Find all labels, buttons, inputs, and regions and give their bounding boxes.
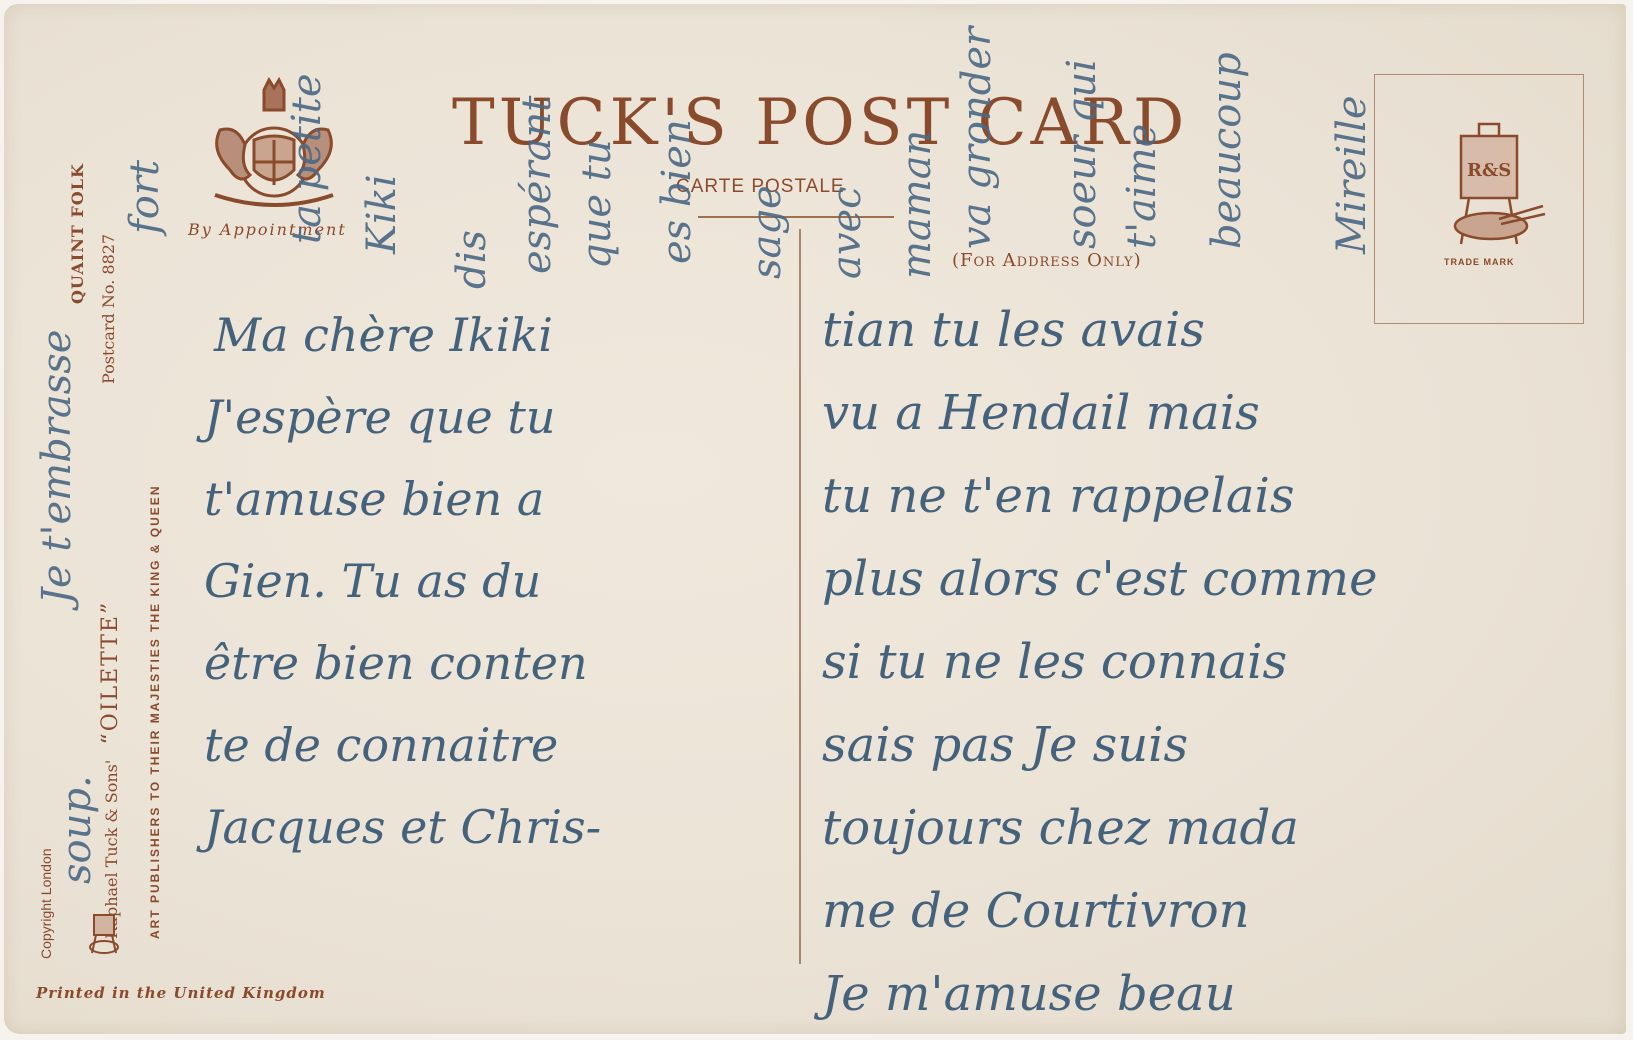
- margin-note: Kiki: [359, 174, 405, 254]
- margin-note: dis: [449, 230, 495, 289]
- message-line: J'espère que tu: [204, 376, 601, 458]
- svg-text:R&S: R&S: [1467, 160, 1511, 181]
- margin-note: ta petite: [284, 73, 330, 244]
- margin-note: sage: [744, 185, 790, 279]
- message-line: si tu ne les connais: [822, 621, 1377, 704]
- message-left: Ma chère Ikiki J'espère que tu t'amuse b…: [204, 294, 601, 868]
- margin-note: que tu: [574, 139, 620, 269]
- easel-palette-trademark-icon: R&S: [1439, 114, 1549, 264]
- margin-note: avec: [824, 186, 870, 279]
- message-line: Ma chère Ikiki: [204, 294, 601, 376]
- message-line: te de connaitre: [204, 704, 601, 786]
- message-line: tu ne t'en rappelais: [822, 455, 1377, 538]
- art-publishers-line: ART PUBLISHERS TO THEIR MAJESTIES THE KI…: [148, 485, 162, 939]
- message-line: sais pas Je suis: [822, 704, 1377, 787]
- printed-in-label: Printed in the United Kingdom: [36, 984, 326, 1002]
- margin-note: fort: [122, 160, 168, 234]
- margin-note: espérant: [514, 96, 560, 274]
- margin-note: beaucoup: [1204, 52, 1250, 249]
- margin-note: soeur qui: [1059, 59, 1105, 249]
- copyright-label: Copyright London: [38, 848, 54, 959]
- message-line: être bien conten: [204, 622, 601, 704]
- message-line: Je m'amuse beau: [822, 953, 1377, 1036]
- margin-note: maman: [894, 130, 940, 279]
- trademark-label: TRADE MARK: [1444, 257, 1515, 267]
- margin-note: va gronder: [954, 27, 1000, 249]
- publisher-line: Raphael Tuck & Sons' “OILETTE”: [98, 601, 123, 939]
- message-line: Gien. Tu as du: [204, 540, 601, 622]
- message-line: Jacques et Chris-: [204, 786, 601, 868]
- postcard-number: Postcard No. 8827: [99, 234, 118, 384]
- margin-note: Mireille: [1329, 95, 1375, 254]
- postcard-back: By Appointment TUCK'S POST CARD CARTE PO…: [4, 4, 1626, 1034]
- message-line: plus alors c'est comme: [822, 538, 1377, 621]
- message-line: toujours chez mada: [822, 787, 1377, 870]
- margin-note: es bien: [654, 119, 700, 264]
- message-line: me de Courtivron: [822, 870, 1377, 953]
- small-easel-trademark-icon: [86, 909, 122, 959]
- center-divider: [799, 229, 801, 964]
- message-right: tian tu les avais vu a Hendail mais tu n…: [822, 289, 1377, 1036]
- margin-note: t'aime: [1119, 124, 1165, 249]
- message-line: t'amuse bien a: [204, 458, 601, 540]
- address-only-label: (For Address Only): [952, 250, 1142, 271]
- message-line: tian tu les avais: [822, 289, 1377, 372]
- message-line: vu a Hendail mais: [822, 372, 1377, 455]
- margin-note: Je t'embrasse: [34, 330, 80, 604]
- margin-note: soup.: [54, 775, 100, 884]
- oilette-brand: “OILETTE”: [98, 601, 123, 745]
- series-name: QUAINT FOLK: [68, 163, 87, 304]
